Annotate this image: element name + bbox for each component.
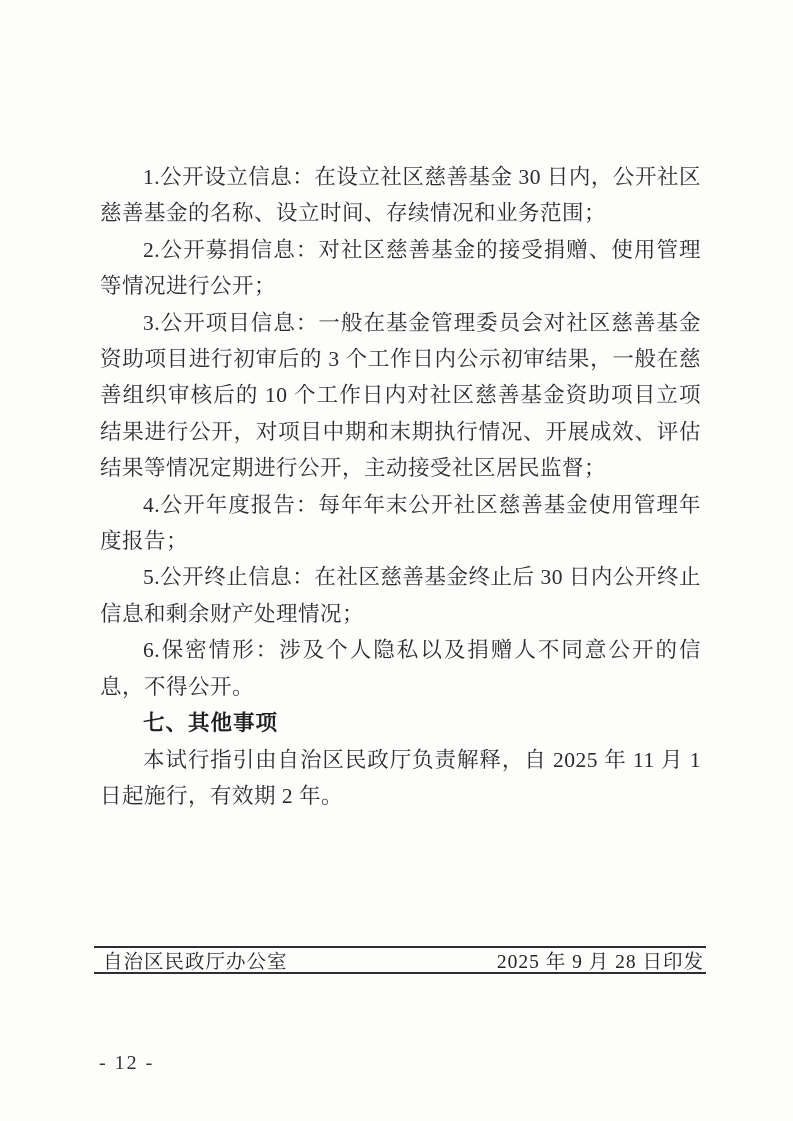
paragraph-project-info: 3.公开项目信息：一般在基金管理委员会对社区慈善基金资助项目进行初审后的 3 个…: [100, 305, 701, 487]
section-heading-other-matters: 七、其他事项: [100, 705, 701, 741]
document-footer: 自治区民政厅办公室 2025 年 9 月 28 日印发: [94, 946, 706, 974]
paragraph-annual-report: 4.公开年度报告：每年年末公开社区慈善基金使用管理年度报告；: [100, 487, 701, 560]
footer-print-date: 2025 年 9 月 28 日印发: [497, 946, 704, 974]
paragraph-confidentiality: 6.保密情形：涉及个人隐私以及捐赠人不同意公开的信息，不得公开。: [100, 632, 701, 705]
paragraph-effective-date: 本试行指引由自治区民政厅负责解释，自 2025 年 11 月 1 日起施行，有效…: [100, 742, 701, 815]
document-body: 1.公开设立信息：在设立社区慈善基金 30 日内，公开社区慈善基金的名称、设立时…: [100, 159, 701, 814]
page-number: - 12 -: [99, 1052, 154, 1075]
paragraph-termination-info: 5.公开终止信息：在社区慈善基金终止后 30 日内公开终止信息和剩余财产处理情况…: [100, 559, 701, 632]
document-page: 1.公开设立信息：在设立社区慈善基金 30 日内，公开社区慈善基金的名称、设立时…: [0, 0, 793, 1121]
footer-issuing-office: 自治区民政厅办公室: [103, 946, 288, 974]
paragraph-fundraising-info: 2.公开募捐信息：对社区慈善基金的接受捐赠、使用管理等情况进行公开；: [100, 232, 701, 305]
paragraph-setup-info: 1.公开设立信息：在设立社区慈善基金 30 日内，公开社区慈善基金的名称、设立时…: [100, 159, 701, 232]
